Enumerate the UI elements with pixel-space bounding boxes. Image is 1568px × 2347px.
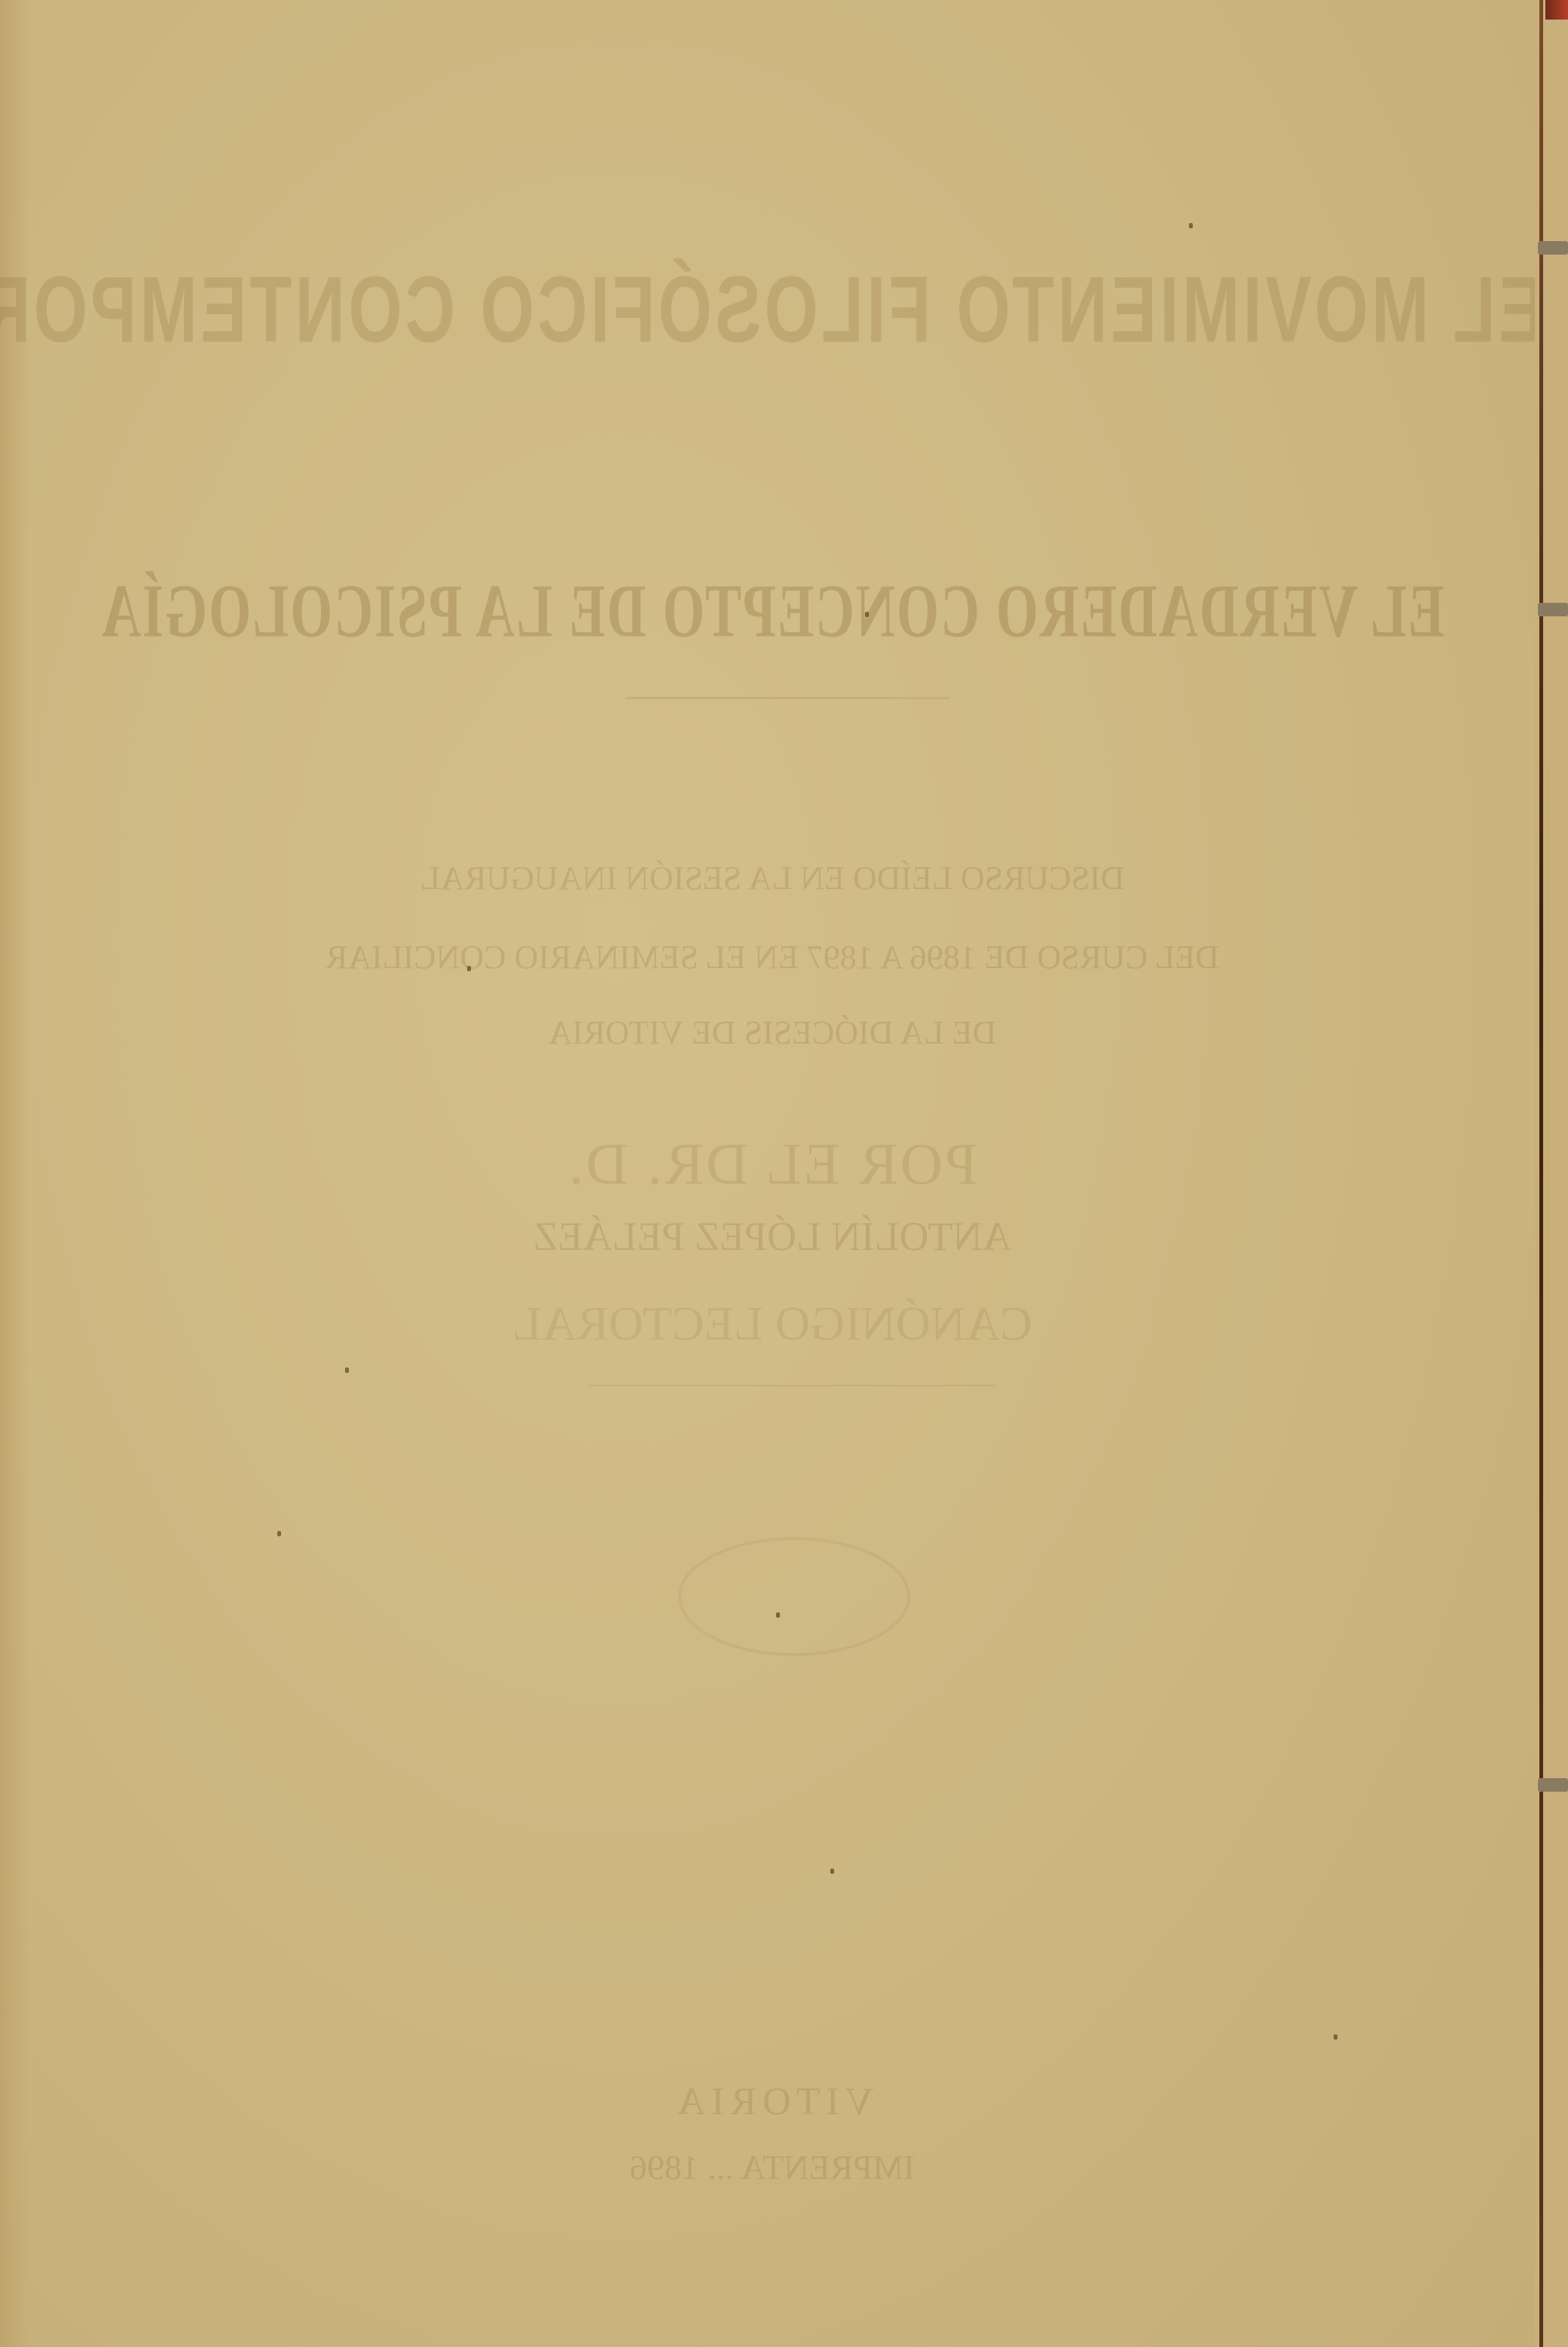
- show-through-discourse-line: DE LA DIÓCESIS DE VITORIA: [0, 1013, 1545, 1052]
- show-through-imprint-line: IMPRENTA ... 1896: [0, 2147, 1545, 2187]
- paper-speck: [1189, 223, 1193, 228]
- paper-speck: [277, 1531, 281, 1536]
- paper-speck: [467, 966, 471, 971]
- paper-speck: [345, 1368, 349, 1373]
- binding-thread: [1538, 241, 1568, 255]
- show-through-subtitle: EL VERDADERO CONCEPTO DE LA PSICOLOGÍA: [0, 567, 1545, 655]
- binding-thread: [1538, 1778, 1568, 1792]
- paper-speck: [1334, 2034, 1337, 2040]
- author-rule: [588, 1385, 995, 1386]
- binding-thread: [1538, 603, 1568, 616]
- show-through-author-line: POR EL DR. D.: [0, 1130, 1545, 1198]
- paper-speck: [830, 1869, 834, 1874]
- paper-speck: [865, 612, 869, 617]
- show-through-discourse-line: DISCURSO LEÍDO EN LA SESIÓN INAUGURAL: [0, 859, 1545, 897]
- binding-headband: [1545, 0, 1568, 20]
- title-rule: [625, 697, 949, 699]
- binding-gutter-line: [1539, 0, 1543, 2347]
- show-through-imprint-city: VITORIA: [0, 2080, 1545, 2124]
- book-page: EL MOVIMIENTO FILOSÓFICO CONTEMPORÁNEO E…: [0, 0, 1545, 2347]
- show-through-author-line: CANÓNIGO LECTORAL: [0, 1296, 1545, 1352]
- show-through-discourse-line: DEL CURSO DE 1896 A 1897 EN EL SEMINARIO…: [0, 938, 1545, 976]
- book-binding: [1535, 0, 1568, 2347]
- show-through-title: EL MOVIMIENTO FILOSÓFICO CONTEMPORÁNEO: [0, 258, 1545, 365]
- paper-speck: [776, 1612, 780, 1618]
- printer-ornament-icon: [678, 1537, 910, 1656]
- show-through-author-line: ANTOLÍN LÓPEZ PELÁEZ: [0, 1213, 1545, 1260]
